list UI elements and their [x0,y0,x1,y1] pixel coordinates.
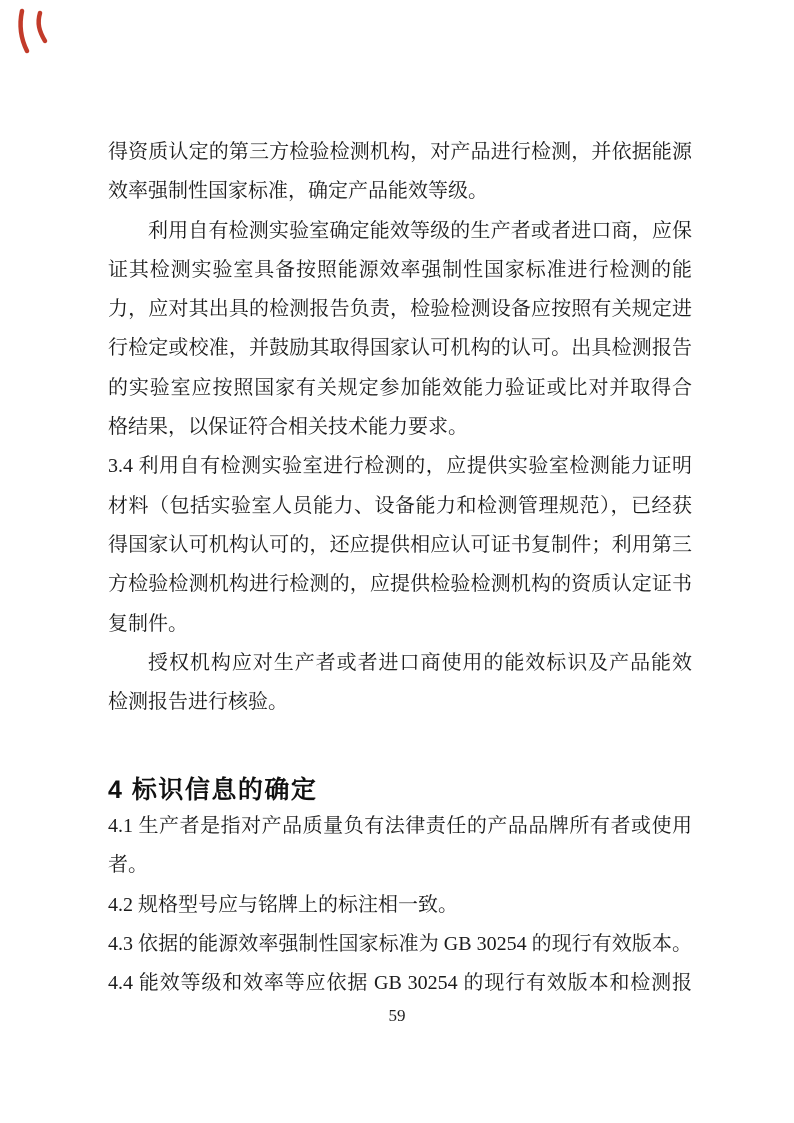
text-line: 力，应对其出具的检测报告负责，检验检测设备应按照有关规定进 [108,290,692,329]
text-line: 授权机构应对生产者或者进口商使用的能效标识及产品能效 [108,644,692,683]
section-text-block: 4.1 生产者是指对产品质量负有法律责任的产品品牌所有者或使用 者。 4.2 规… [108,807,692,1003]
text-line: 利用自有检测实验室确定能效等级的生产者或者进口商，应保 [108,212,692,251]
document-page: 得资质认定的第三方检验检测机构，对产品进行检测，并依据能源 效率强制性国家标准，… [0,0,794,1123]
body-text-block: 得资质认定的第三方检验检测机构，对产品进行检测，并依据能源 效率强制性国家标准，… [108,133,692,722]
text-line: 证其检测实验室具备按照能源效率强制性国家标准进行检测的能 [108,251,692,290]
clause-4-4-line: 4.4 能效等级和效率等应依据 GB 30254 的现行有效版本和检测报 [108,964,692,1003]
text-line: 格结果，以保证符合相关技术能力要求。 [108,408,692,447]
text-line: 得国家认可机构认可的，还应提供相应认可证书复制件；利用第三 [108,526,692,565]
page-number: 59 [0,1006,794,1026]
text-line: 者。 [108,846,692,885]
clause-4-1-line: 4.1 生产者是指对产品质量负有法律责任的产品品牌所有者或使用 [108,807,692,846]
clause-4-2-line: 4.2 规格型号应与铭牌上的标注相一致。 [108,886,692,925]
text-line: 得资质认定的第三方检验检测机构，对产品进行检测，并依据能源 [108,133,692,172]
red-pen-marks-icon [12,5,54,55]
section-heading: 4 标识信息的确定 [108,770,317,806]
text-line: 效率强制性国家标准，确定产品能效等级。 [108,172,692,211]
clause-4-3-line: 4.3 依据的能源效率强制性国家标准为 GB 30254 的现行有效版本。 [108,925,692,964]
text-line: 的实验室应按照国家有关规定参加能效能力验证或比对并取得合 [108,369,692,408]
clause-3-4-line: 3.4 利用自有检测实验室进行检测的，应提供实验室检测能力证明 [108,447,692,486]
text-line: 方检验检测机构进行检测的，应提供检验检测机构的资质认定证书 [108,565,692,604]
text-line: 材料（包括实验室人员能力、设备能力和检测管理规范），已经获 [108,487,692,526]
text-line: 复制件。 [108,605,692,644]
text-line: 检测报告进行核验。 [108,683,692,722]
text-line: 行检定或校准，并鼓励其取得国家认可机构的认可。出具检测报告 [108,329,692,368]
